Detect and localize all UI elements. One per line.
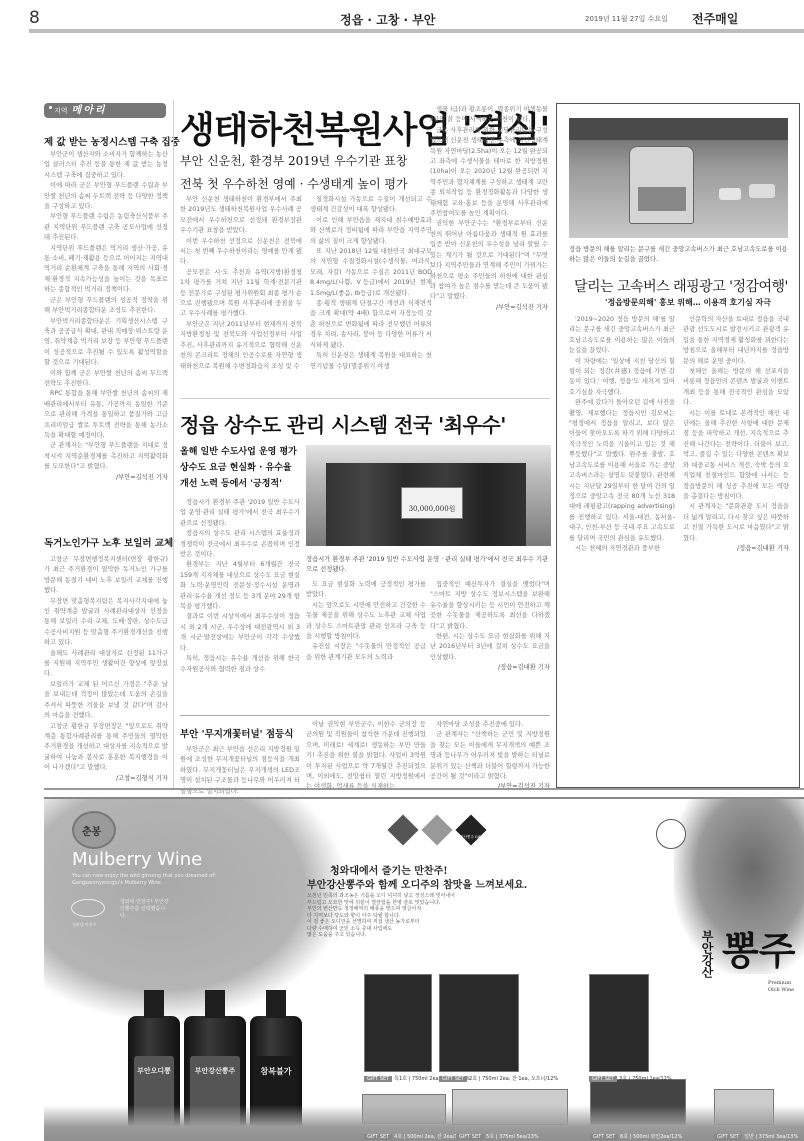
brand-subtitle: Premium Olch Wine [768,980,804,994]
ad-english-text: You can now enjoy the wild ginseng that … [72,873,216,887]
brand-logo-text: 춘봉 [82,823,101,838]
gift-set-label: GIFT SET3호 | 750ml 1ea/12% [589,1075,672,1082]
brand-calligraphy: 뽕주 [722,920,795,975]
ad-headline: 청와대에서 즐기는 만찬주! [330,862,448,877]
ad-headline-2: 부안강산뽕주와 함께 오디주의 참맛을 느껴보세요. [307,876,527,891]
advertisement: 춘봉 Mulberry Wine You can now enjoy the w… [44,797,804,1141]
article-body: 정읍시가 환경부 주관 '2019 일반 수도사업 운영·관리 실태 평가'에서… [180,498,300,675]
ad-badge-caption: 청와대 만찬주 [72,922,96,928]
gift-set-label: GIFT SET일반 | 375ml 3ea/13% [714,1133,798,1140]
newspaper-name: 전주매일 [692,10,738,27]
gift-set-label: GIFT SET5호 | 375ml 5ea/13% [456,1133,539,1140]
lead-subhead: 부안 신운천, 환경부 2019년 우수기관 표창 [180,152,407,169]
giftset-diamond-icon [455,814,486,845]
fruit-diamond-icon [421,814,452,845]
article-body: 인문학의 자산을 토대로 정읍을 국내 관광 선도도시로 발전시키고 관광객 유… [683,315,789,554]
byline: /정읍=김대환 기자 [430,663,550,673]
photo-caption: 정읍 방문의 해를 알리는 문구를 새긴 중앙고속버스가 최근 호남고속도로를 … [569,245,788,265]
giftset-diamond-label: 부안강산뽕주 GIFT SET [450,835,494,840]
ad-description: 오천년 민족의 과조농은 기름을 오디 넉넉히 넣고 정성스레 빚어내어 부드럽… [307,893,455,939]
article-body: 이날 권익현 부안군수, 이한수 군의장 등 군의원 및 직원들이 참석한 가운… [306,720,426,793]
article-body: 도 요금 현실화 노력에 긍정적인 평가를 받았다. 시는 앞으로도 시민에 안… [306,580,426,663]
mascot-icon [656,819,686,849]
issue-date: 2019년 11월 27일 수요일 [585,14,668,24]
bus-photo [569,118,788,238]
column-divider [173,100,174,790]
ad-divider [44,788,804,790]
photo-caption: 정읍시가 환경부 주관 '2019 일반 수도사업 운영 · 관리 실태 평가'… [306,555,551,575]
article-body: 고창군 무장면행정복지센터(면장 황한규)가 최근 주거환경이 열악한 독거노인… [44,555,168,784]
lead-subhead-2: 전북 첫 우수하천 영예 · 수생태계 높이 평가 [180,175,408,192]
header-rule [29,29,804,33]
article-headline: 독거노인가구 노후 보일러 교체 [44,535,173,549]
article-body: 집중적인 예산투자가 결실을 맺었다"며 "스마트 지방 상수도 정보시스템을 … [430,580,550,674]
mulberry-diamond-icon [387,814,418,845]
article-body: 질정화시설 가동으로 수질이 개선되고 수생태계 건강성이 대폭 향상됐다. 이… [310,195,432,372]
section-title: 정읍 · 고창 · 부안 [340,11,435,28]
article-body: 생물 Ⅰ급)과 황조롱이, 멸종위기 야생동물 Ⅱ급인 삵 등이 서식하는 하천… [430,105,548,313]
article-subhead: '정읍방문의해' 홍보 위해… 이용객 호기심 자극 [605,297,771,308]
article-body: 부안군이 생산자와 소비자가 함께하는 농산업 클러스터 추진 등을 통한 제 … [44,150,168,483]
bluehouse-emblem-icon [71,899,105,917]
brand-vertical-text: 부안강산 [700,930,714,978]
ad-title: Mulberry Wine [72,849,202,870]
gift-set-image [589,974,649,1072]
gift-set-image [364,974,432,1072]
bullet-icon [49,106,52,109]
gift-set-image [439,974,519,1072]
article-body: '2019~2020 정읍 방문의 해'를 알리는 문구를 새긴 중앙고속버스가… [569,315,675,554]
gift-set-label: GIFT SET4호 | 500ml 2ea, 잔 2ea/12% [364,1133,466,1140]
article-headline: 정읍 상수도 관리 시스템 전국 '최우수' [180,409,506,438]
article-body: 자연마당 조성을 추진중에 있다. 군 관계자는 "산책하는 군민 및 지방정원… [430,720,550,793]
gift-set-label: GIFT SET2호 | 750ml 2ea, 잔 1ea, 오프너/12% [439,1075,558,1082]
article-subhead: 올해 일반 수도사업 운영 평가 상수도 요금 현실화 · 유수율 개선 노력 … [180,444,297,492]
byline: /부안=김석진 기자 [430,303,548,313]
section-divider [180,398,550,399]
article-headline: 달리는 고속버스 래핑광고 '정감여행' [574,276,788,296]
article-headline: 부안 '무지개꽃터널' 점등식 [180,726,293,740]
award-board: 30,000,000원 [401,487,463,519]
article-headline: 제 값 받는 농정시스템 구축 집중 [44,134,180,148]
byline: /고창=김형식 기자 [44,774,168,784]
byline: /부안=김석진 기자 [44,473,168,483]
overpass [569,118,788,140]
page-number: 8 [29,8,40,28]
bus-shape [629,146,694,224]
ad-badge-text: 청와대 만찬주! 부안강산뽕주를 선택했습니다. [120,899,170,920]
gift-set-label: GIFT SET6호 | 500ml 와인2ea/12% [590,1133,682,1140]
section-divider [180,715,550,716]
column-tag: 지역메아리 [44,103,166,118]
byline: /정읍=김대환 기자 [683,544,789,554]
article-body: 부안 신운천 생태하천이 환경부에서 주최한 2019년도 생태하천복원사업 우… [180,195,302,372]
award-photo: 30,000,000원 [306,445,551,546]
